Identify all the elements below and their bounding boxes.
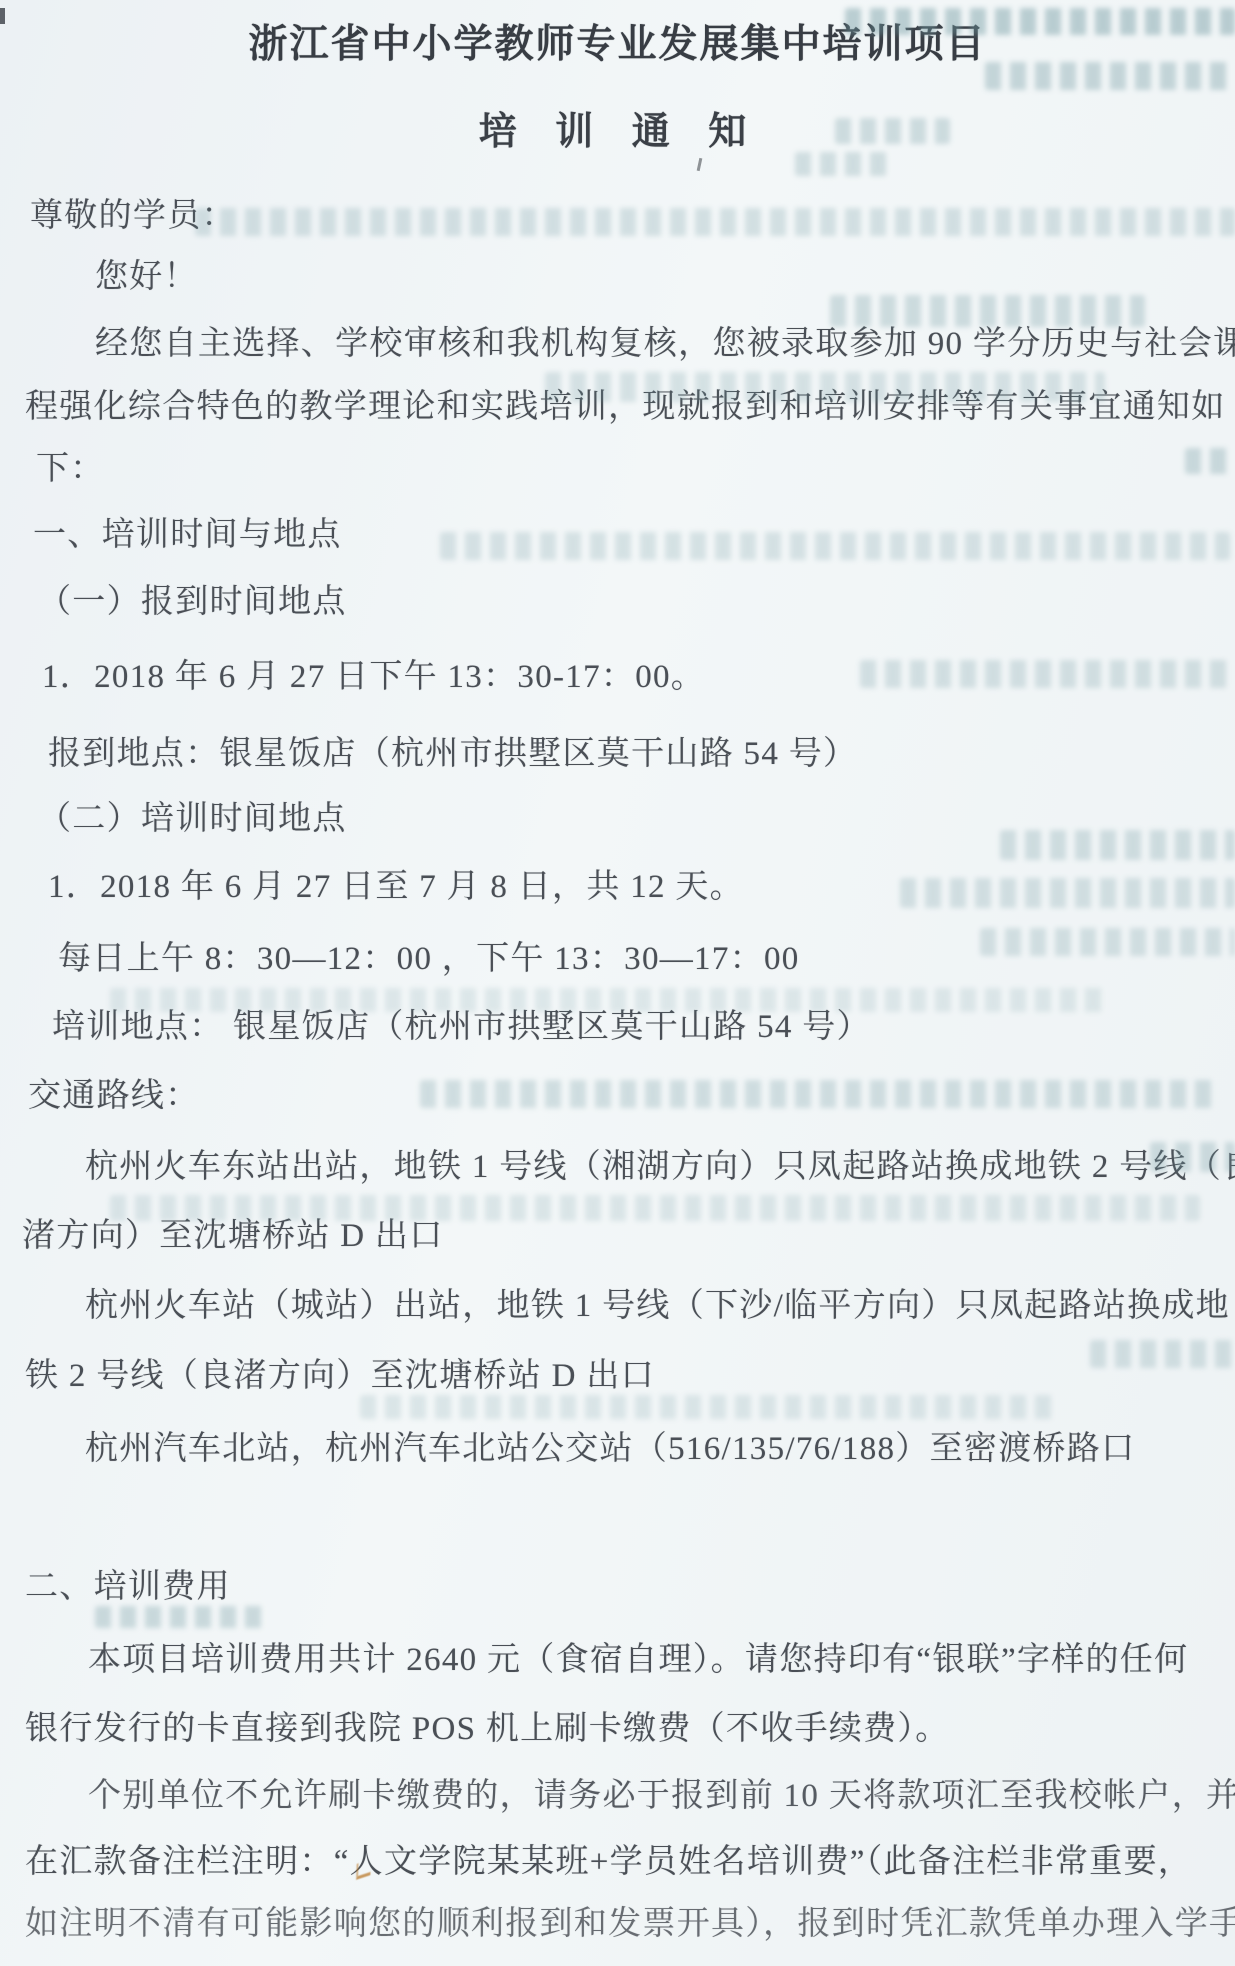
- report-time-line: 1．2018 年 6 月 27 日下午 13：30-17：00。: [42, 658, 705, 698]
- route-city-station-line-2: 铁 2 号线（良渚方向）至沈塘桥站 D 出口: [25, 1357, 655, 1397]
- bleedthrough-artifact: [420, 1080, 1220, 1108]
- stray-tick-mark: [697, 158, 703, 171]
- fee-line-1: 本项目培训费用共计 2640 元（食宿自理）。请您持印有“银联”字样的任何: [88, 1641, 1188, 1681]
- section2-heading: 二、培训费用: [25, 1568, 231, 1608]
- bleedthrough-artifact: [980, 928, 1235, 956]
- report-location-line: 报到地点：银星饭店（杭州市拱墅区莫干山路 54 号）: [48, 735, 857, 775]
- route-city-station-line-1: 杭州火车站（城站）出站，地铁 1 号线（下沙/临平方向）只凤起路站换成地: [85, 1287, 1230, 1327]
- scanned-document-page: 浙江省中小学教师专业发展集中培训项目 培 训 通 知 尊敬的学员： 您好！ 经您…: [0, 0, 1235, 1966]
- intro-line-3: 下：: [36, 450, 105, 490]
- bleedthrough-artifact: [195, 208, 1235, 236]
- bleedthrough-artifact: [1000, 830, 1235, 860]
- salutation-line: 尊敬的学员：: [30, 197, 236, 237]
- doc-title: 浙江省中小学教师专业发展集中培训项目: [0, 22, 1235, 69]
- bleedthrough-artifact: [900, 878, 1235, 908]
- bleedthrough-artifact: [95, 1606, 270, 1628]
- training-location-line: 培训地点： 银星饭店（杭州市拱墅区莫干山路 54 号）: [52, 1008, 871, 1048]
- training-dates-line: 1．2018 年 6 月 27 日至 7 月 8 日，共 12 天。: [48, 868, 744, 908]
- traffic-route-heading: 交通路线：: [28, 1077, 200, 1117]
- intro-line-1: 经您自主选择、学校审核和我机构复核，您被录取参加 90 学分历史与社会课: [95, 325, 1235, 365]
- route-east-station-line-1: 杭州火车东站出站，地铁 1 号线（湘湖方向）只凤起路站换成地铁 2 号线（良: [85, 1148, 1235, 1188]
- greeting-line: 您好！: [95, 258, 198, 298]
- section1-sub2-heading: （二）培训时间地点: [38, 800, 347, 840]
- route-east-station-line-2: 渚方向）至沈塘桥站 D 出口: [22, 1217, 444, 1257]
- bleedthrough-artifact: [830, 295, 1145, 327]
- intro-line-2: 程强化综合特色的教学理论和实践培训，现就报到和培训安排等有关事宜通知如: [25, 388, 1226, 428]
- section1-heading: 一、培训时间与地点: [33, 516, 342, 556]
- doc-subtitle: 培 训 通 知: [0, 110, 1235, 156]
- bleedthrough-artifact: [1090, 1340, 1235, 1368]
- daily-schedule-line: 每日上午 8：30—12：00 ，下午 13：30—17：00: [58, 940, 800, 980]
- bleedthrough-artifact: [1185, 448, 1235, 474]
- bleedthrough-artifact: [795, 152, 887, 176]
- fee-line-2: 银行发行的卡直接到我院 POS 机上刷卡缴费（不收手续费）。: [25, 1710, 950, 1750]
- remit-line-3: 如注明不清有可能影响您的顺利报到和发票开具），报到时凭汇款凭单办理入学手: [25, 1905, 1235, 1945]
- bleedthrough-artifact: [860, 660, 1230, 688]
- section1-sub1-heading: （一）报到时间地点: [38, 583, 347, 623]
- bleedthrough-artifact: [360, 1395, 1060, 1419]
- route-north-bus-line: 杭州汽车北站，杭州汽车北站公交站（516/135/76/188）至密渡桥路口: [85, 1430, 1135, 1470]
- bleedthrough-artifact: [440, 532, 1230, 560]
- remit-line-2: 在汇款备注栏注明：“人文学院某某班+学员姓名培训费”（此备注栏非常重要，: [25, 1843, 1192, 1883]
- remit-line-1: 个别单位不允许刷卡缴费的，请务必于报到前 10 天将款项汇至我校帐户，并: [88, 1777, 1235, 1817]
